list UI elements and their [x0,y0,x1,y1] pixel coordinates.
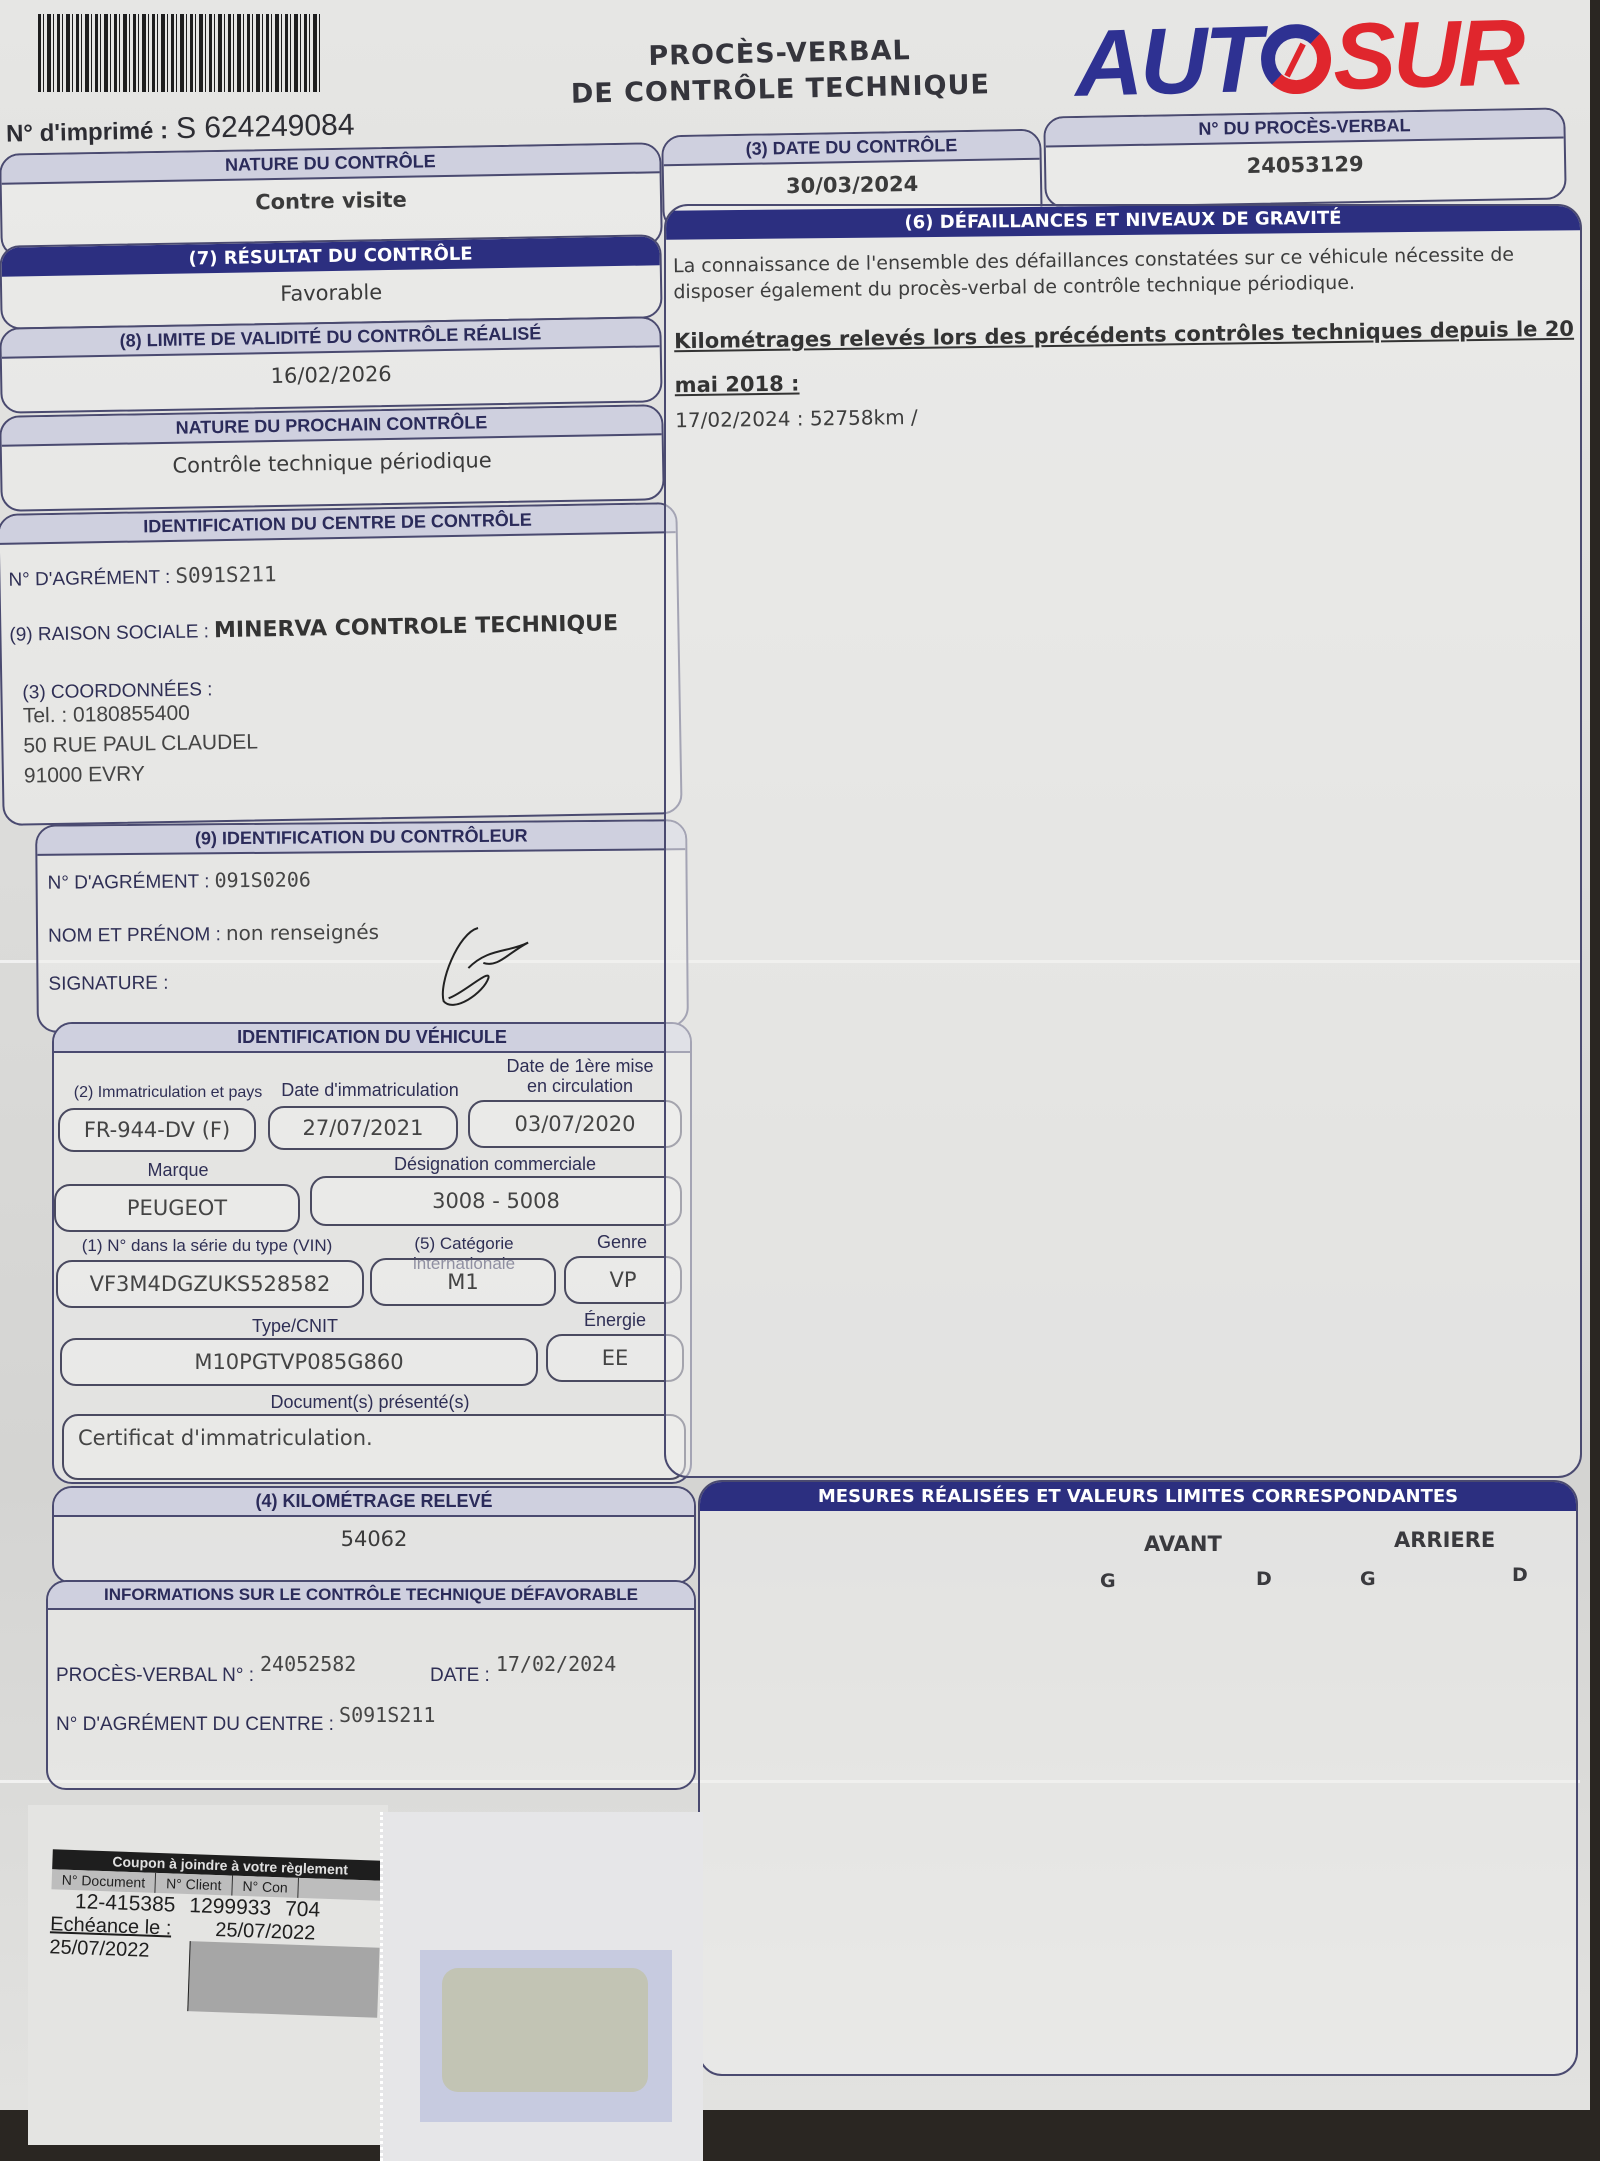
coupon-content: Coupon à joindre à votre règlement N° Do… [47,1849,382,2017]
date-immat-value: 27/07/2021 [268,1106,458,1150]
prochain-controle-box: NATURE DU PROCHAIN CONTRÔLE Contrôle tec… [0,404,665,512]
designation-value: 3008 - 5008 [310,1176,682,1226]
coupon-date-value: 25/07/2022 [47,1936,189,2011]
coupon-date-row: 25/07/2022 [47,1936,379,2017]
kilometrage-value: 54062 [54,1517,694,1561]
date-controle-value: 30/03/2024 [664,160,1041,211]
imprime-label: N° d'imprimé : [6,117,169,147]
numero-pv-box: N° DU PROCÈS-VERBAL 24053129 [1043,107,1567,208]
date-mise-value: 03/07/2020 [468,1100,682,1148]
centre-address-line-2: 91000 EVRY [24,753,672,788]
signature-icon [428,922,549,1013]
imprime-value: S 624249084 [176,108,355,145]
designation-label: Désignation commerciale [310,1154,680,1175]
defavorable-pv-label: PROCÈS-VERBAL N° : [56,1665,254,1687]
centre-box: IDENTIFICATION DU CENTRE DE CONTRÔLE N° … [0,502,683,826]
avant-d-label: D [1256,1568,1272,1590]
barcode-icon [38,14,323,92]
controleur-box: (9) IDENTIFICATION DU CONTRÔLEUR N° D'AG… [35,819,689,1033]
type-cnit-label: Type/CNIT [60,1316,530,1337]
mesures-label: MESURES RÉALISÉES ET VALEURS LIMITES COR… [700,1482,1576,1511]
document-page: N° d'imprimé :S 624249084 PROCÈS-VERBAL … [0,0,1590,2110]
raison-sociale-value: MINERVA CONTROLE TECHNIQUE [214,611,618,643]
logo-part-sur: SUR [1332,0,1524,109]
defavorable-date-value: 17/02/2024 [496,1652,616,1676]
categorie-value: M1 [370,1258,556,1306]
arriere-label: ARRIERE [1394,1528,1495,1552]
defavorable-agrement-label: N° D'AGRÉMENT DU CENTRE : [56,1714,334,1735]
coupon-echeance-value: 25/07/2022 [215,1919,316,1945]
documents-label: Document(s) présenté(s) [60,1392,680,1413]
coupon-client-value: 1299933 [189,1894,272,1921]
coupon-col-document: N° Document [51,1869,156,1893]
arriere-d-label: D [1512,1564,1528,1586]
logo-ring-icon [1260,23,1332,95]
vin-label: (1) N° dans la série du type (VIN) [62,1236,352,1256]
date-mise-label: Date de 1ère mise en circulation [480,1056,680,1096]
kilometrage-box: (4) KILOMÉTRAGE RELEVÉ 54062 [52,1486,696,1584]
date-mise-label-1: Date de 1ère mise [480,1056,680,1076]
marque-value: PEUGEOT [54,1184,300,1232]
defavorable-agrement-value: S091S211 [339,1703,435,1727]
coupon-col-con: N° Con [232,1876,299,1898]
envelope-window [442,1968,648,2092]
vin-value: VF3M4DGZUKS528582 [56,1260,364,1308]
centre-agrement-label: N° D'AGRÉMENT : [8,567,170,591]
resultat-box: (7) RÉSULTAT DU CONTRÔLE Favorable [0,234,663,330]
type-cnit-value: M10PGTVP085G860 [60,1338,538,1386]
numero-pv-value: 24053129 [1046,138,1565,191]
documents-value: Certificat d'immatriculation. [62,1414,686,1480]
controleur-nom-label: NOM ET PRÉNOM : [48,924,221,947]
defavorable-pv-value: 24052582 [260,1652,430,1676]
km-history-title: Kilométrages relevés lors des précédents… [674,307,1575,408]
immat-label: (2) Immatriculation et pays [68,1084,268,1102]
controleur-nom-value: non renseignés [226,920,379,945]
defavorable-box: INFORMATIONS SUR LE CONTRÔLE TECHNIQUE D… [46,1580,696,1790]
immat-value: FR-944-DV (F) [58,1108,256,1152]
autosur-logo: AUTSUR [1074,0,1524,118]
marque-label: Marque [58,1160,298,1181]
arriere-g-label: G [1360,1568,1376,1590]
signature-label: SIGNATURE : [48,973,168,995]
coupon-amount-cell [187,1941,379,2018]
document-title: PROCÈS-VERBAL DE CONTRÔLE TECHNIQUE [539,31,1021,114]
raison-sociale-label: (9) RAISON SOCIALE : [9,621,209,645]
imprime-number: N° d'imprimé :S 624249084 [6,108,355,149]
coupon-document-value: 12-415385 [75,1890,176,1917]
defavorable-date-label: DATE : [430,1665,490,1687]
controleur-agrement-label: N° D'AGRÉMENT : [48,871,210,893]
coupon-con-value: 704 [285,1897,321,1922]
energie-label: Énergie [550,1310,680,1331]
kilometrage-label: (4) KILOMÉTRAGE RELEVÉ [54,1488,694,1517]
avant-g-label: G [1100,1570,1116,1592]
coupon-col-client: N° Client [156,1873,233,1896]
vehicule-label: IDENTIFICATION DU VÉHICULE [54,1024,690,1053]
date-immat-label: Date d'immatriculation [270,1080,470,1101]
defaillances-box: (6) DÉFAILLANCES ET NIVEAUX DE GRAVITÉ L… [664,204,1582,1478]
mesures-box: MESURES RÉALISÉES ET VALEURS LIMITES COR… [698,1480,1578,2076]
centre-address-line-1: 50 RUE PAUL CLAUDEL [23,723,671,758]
centre-agrement-value: S091S211 [175,562,277,588]
controleur-agrement-value: 091S0206 [214,867,311,892]
limite-validite-box: (8) LIMITE DE VALIDITÉ DU CONTRÔLE RÉALI… [0,316,663,414]
avant-label: AVANT [1144,1532,1222,1556]
defavorable-label: INFORMATIONS SUR LE CONTRÔLE TECHNIQUE D… [48,1582,694,1610]
date-mise-label-2: en circulation [480,1076,680,1096]
genre-label: Genre [572,1232,672,1253]
defaillances-note: La connaissance de l'ensemble des défail… [673,241,1574,306]
logo-part-auto: AUT [1074,6,1261,116]
